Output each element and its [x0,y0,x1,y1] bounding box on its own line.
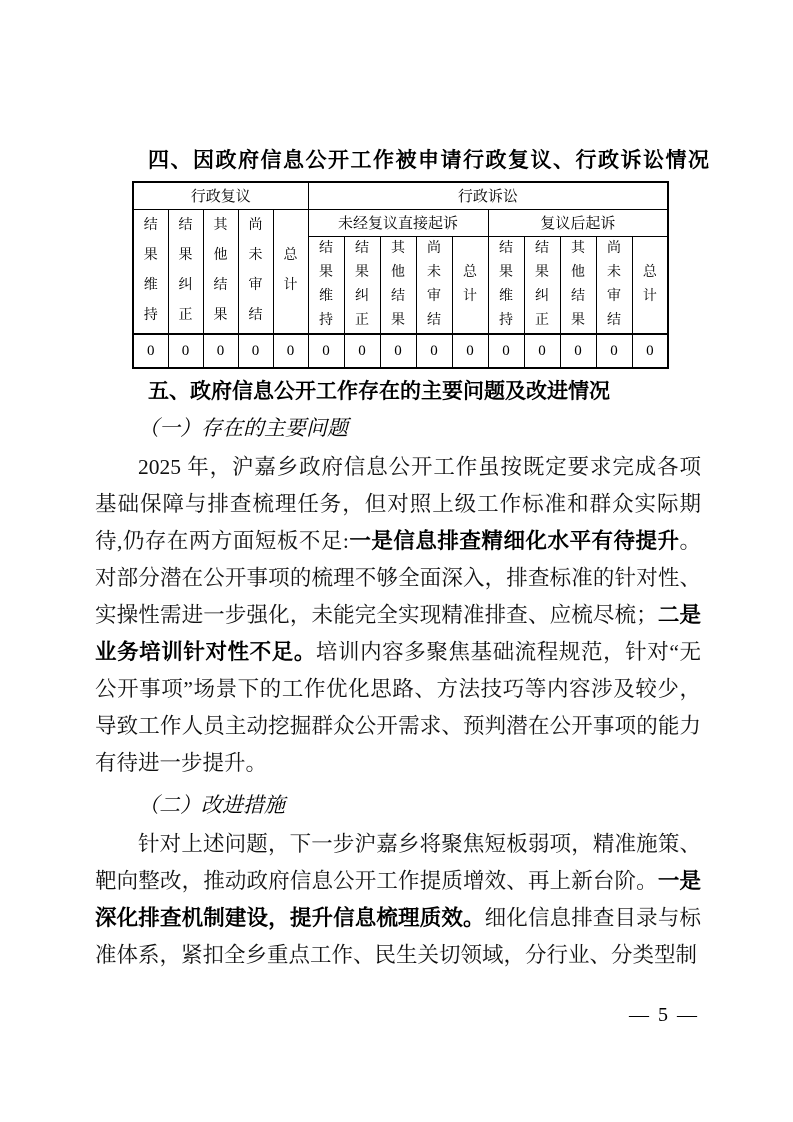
document-page: 四、因政府信息公开工作被申请行政复议、行政诉讼情况 行政复议 行政诉讼 结果维持… [0,0,793,1122]
problems-paragraph: 2025 年，沪嘉乡政府信息公开工作虽按既定要求完成各项基础保障与排查梳理任务，… [95,449,701,782]
table-value-cell: 0 [452,334,488,368]
table-column-header: 结果纠正 [524,236,560,334]
table-column-header: 结果维持 [308,236,344,334]
table-value-cell: 0 [524,334,560,368]
table-value-cell: 0 [380,334,416,368]
table-column-header: 结果维持 [133,209,168,334]
table-subgroup-header-row: 结果维持 结果纠正 其他结果 尚未审结 总计 未经复议直接起诉 复议后起诉 [133,209,668,236]
table-value-cell: 0 [308,334,344,368]
section-4-heading: 四、因政府信息公开工作被申请行政复议、行政诉讼情况 [95,146,701,176]
table-column-header: 尚未审结 [238,209,273,334]
table-column-header: 结果纠正 [168,209,203,334]
litigation-group-header: 行政诉讼 [308,182,668,209]
subsection-2-heading: （二）改进措施 [95,790,701,820]
reconsideration-group-header: 行政复议 [133,182,308,209]
table-column-header: 总计 [452,236,488,334]
table-value-row: 0 0 0 0 0 0 0 0 0 0 0 0 0 0 0 [133,334,668,368]
table-column-header: 尚未审结 [596,236,632,334]
table-value-cell: 0 [560,334,596,368]
table-value-cell: 0 [488,334,524,368]
table-column-header: 其他结果 [560,236,596,334]
table-column-header: 尚未审结 [416,236,452,334]
table-column-header: 结果纠正 [344,236,380,334]
table-value-cell: 0 [273,334,308,368]
subsection-1-heading: （一）存在的主要问题 [95,413,701,443]
page-content: 四、因政府信息公开工作被申请行政复议、行政诉讼情况 行政复议 行政诉讼 结果维持… [95,146,701,974]
post-reconsideration-suit-subheader: 复议后起诉 [488,209,668,236]
table-group-header-row: 行政复议 行政诉讼 [133,182,668,209]
page-number: — 5 — [629,1004,699,1027]
table-column-header: 总计 [273,209,308,334]
table-column-header: 总计 [632,236,668,334]
section-5-heading: 五、政府信息公开工作存在的主要问题及改进情况 [95,377,701,407]
admin-review-litigation-table: 行政复议 行政诉讼 结果维持 结果纠正 其他结果 尚未审结 总计 未经复议直接起… [132,181,669,369]
measures-paragraph: 针对上述问题，下一步沪嘉乡将聚焦短板弱项，精准施策、靶向整改，推动政府信息公开工… [95,826,701,974]
direct-suit-subheader: 未经复议直接起诉 [308,209,488,236]
table-value-cell: 0 [133,334,168,368]
table-value-cell: 0 [203,334,238,368]
table-value-cell: 0 [632,334,668,368]
table-value-cell: 0 [596,334,632,368]
table-value-cell: 0 [168,334,203,368]
table-value-cell: 0 [344,334,380,368]
table-value-cell: 0 [238,334,273,368]
table-column-header: 结果维持 [488,236,524,334]
table-column-header: 其他结果 [203,209,238,334]
table-value-cell: 0 [416,334,452,368]
table-column-header: 其他结果 [380,236,416,334]
